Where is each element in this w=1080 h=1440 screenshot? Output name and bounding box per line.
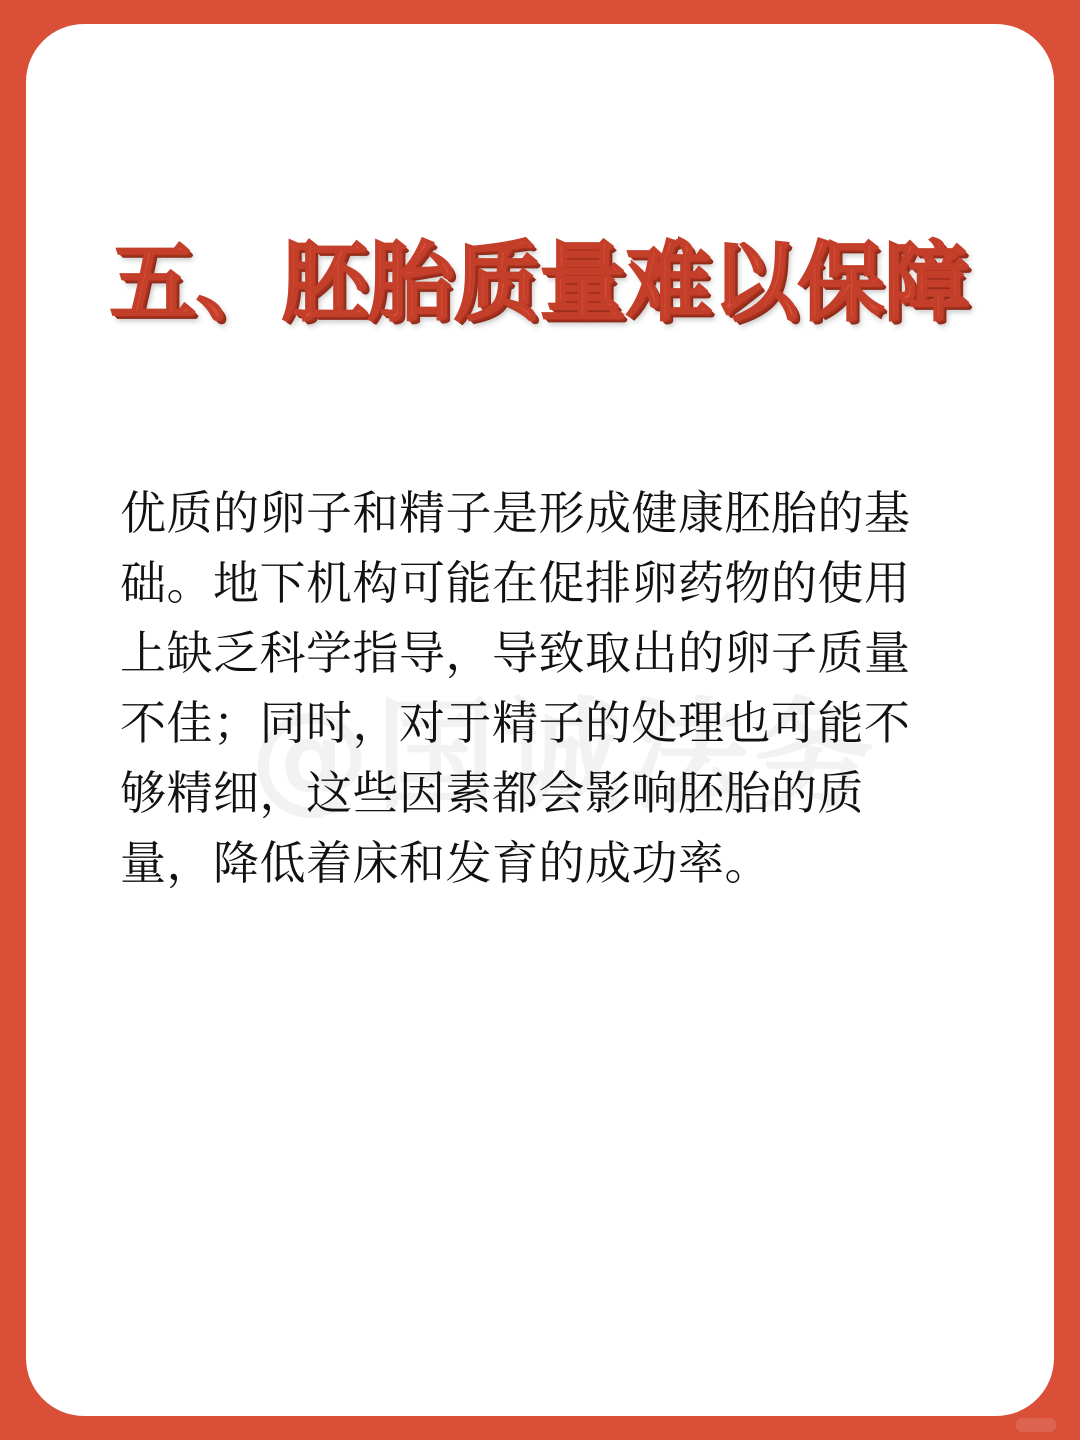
corner-logo-mark	[1016, 1418, 1056, 1432]
page-title: 五、胚胎质量难以保障	[0, 228, 1080, 338]
body-paragraph: 优质的卵子和精子是形成健康胚胎的基础。地下机构可能在促排卵药物的使用上缺乏科学指…	[120, 478, 930, 898]
